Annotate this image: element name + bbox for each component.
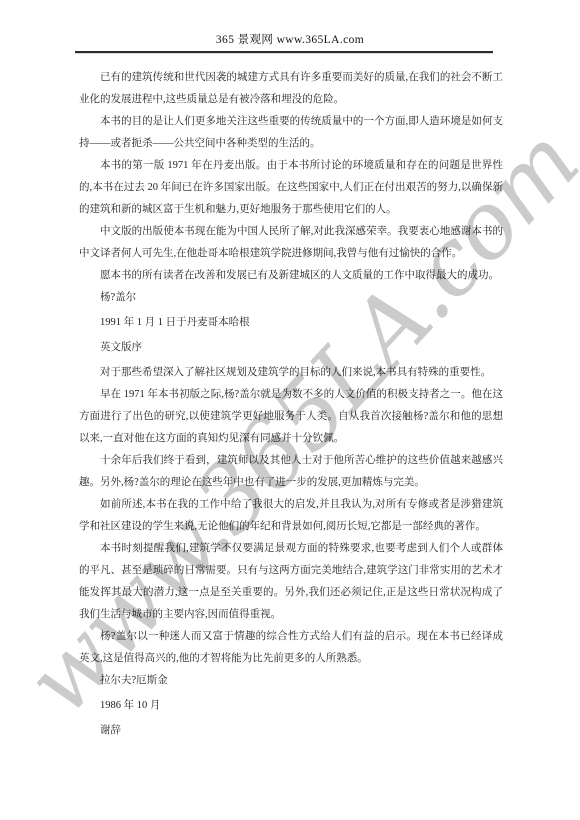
standalone-line: 1991 年 1 月 1 日于丹麦哥本哈根 xyxy=(79,312,503,334)
standalone-line: 拉尔夫?厄斯金 xyxy=(79,670,503,692)
paragraph: 如前所述,本书在我的工作中给了我很大的启发,并且我认为,对所有专修或者是涉猎建筑… xyxy=(79,494,503,538)
paragraph: 十余年后我们终于看到，建筑师以及其他人士对于他所苦心维护的这些价值越来越感兴趣。… xyxy=(79,450,503,494)
paragraph: 本书的第一版 1971 年在丹麦出版。由于本书所讨论的环境质量和存在的问题是世界… xyxy=(79,155,503,221)
site-header-title: 365 景观网 www.365LA.com xyxy=(0,31,580,47)
paragraph: 中文版的出版使本书现在能为中国人民所了解,对此我深感荣幸。我要衷心地感谢本书的中… xyxy=(79,221,503,265)
paragraph: 早在 1971 年本书初版之际,杨?盖尔就是为数不多的人文价值的积极支持者之一。… xyxy=(79,384,503,450)
standalone-line: 谢辞 xyxy=(79,720,503,742)
standalone-line: 英文版序 xyxy=(79,337,503,359)
document-body: 已有的建筑传统和世代因袭的城建方式具有许多重要而美好的质量,在我们的社会不断工业… xyxy=(79,67,503,745)
standalone-line: 1986 年 10 月 xyxy=(79,695,503,717)
paragraph: 对于那些希望深入了解社区规划及建筑学的目标的人们来说,本书具有特殊的重要性。 xyxy=(79,362,503,384)
header-rule xyxy=(75,51,493,53)
paragraph: 本书的目的是让人们更多地关注这些重要的传统质量中的一个方面,即人造环境是如何支持… xyxy=(79,111,503,155)
document-page: 365 景观网 www.365LA.com www.365LA.com 已有的建… xyxy=(0,0,580,820)
standalone-line: 杨?盖尔 xyxy=(79,287,503,309)
paragraph: 已有的建筑传统和世代因袭的城建方式具有许多重要而美好的质量,在我们的社会不断工业… xyxy=(79,67,503,111)
paragraph: 本书时刻提醒我们,建筑学不仅要满足景观方面的特殊要求,也要考虑到人们个人或群体的… xyxy=(79,538,503,626)
paragraph: 杨?盖尔以一种迷人而又富于情趣的综合性方式给人们有益的启示。现在本书已经译成英文… xyxy=(79,626,503,670)
paragraph: 愿本书的所有读者在改善和发展已有及新建城区的人文质量的工作中取得最大的成功。 xyxy=(79,265,503,287)
